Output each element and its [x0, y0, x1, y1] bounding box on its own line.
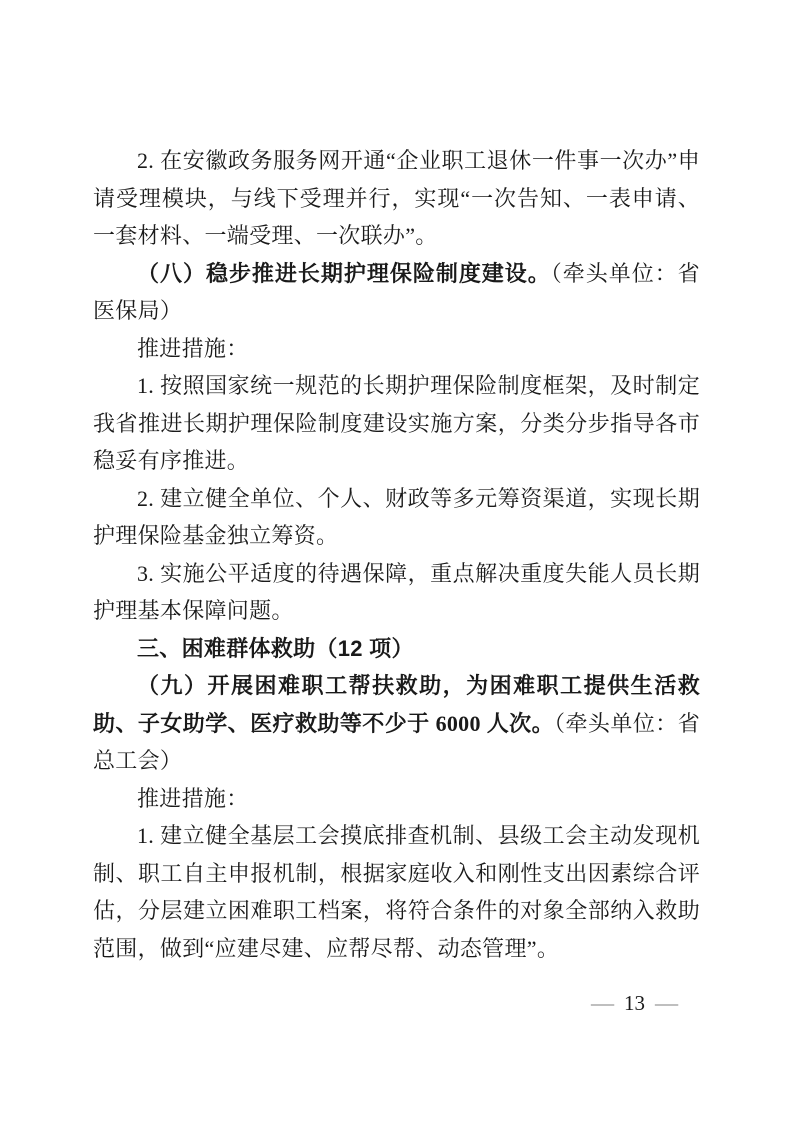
- page-number-dash-right: —: [655, 990, 678, 1016]
- document-body: 2. 在安徽政务服务网开通“企业职工退休一件事一次办”申请受理模块，与线下受理并…: [93, 142, 700, 967]
- paragraph: 1. 建立健全基层工会摸底排查机制、县级工会主动发现机制、职工自主申报机制，根据…: [93, 817, 700, 967]
- text-run: 三、困难群体救助（12 项）: [137, 636, 414, 661]
- text-run: 2. 在安徽政务服务网开通“企业职工退休一件事一次办”申请受理模块，与线下受理并…: [93, 148, 700, 248]
- paragraph: 2. 建立健全单位、个人、财政等多元筹资渠道，实现长期护理保险基金独立筹资。: [93, 480, 700, 555]
- paragraph: 1. 按照国家统一规范的长期护理保险制度框架，及时制定我省推进长期护理保险制度建…: [93, 367, 700, 480]
- text-run: 推进措施：: [137, 786, 249, 811]
- page-number: — 13 —: [592, 990, 677, 1016]
- text-run: 3. 实施公平适度的待遇保障，重点解决重度失能人员长期护理基本保障问题。: [93, 561, 700, 624]
- page-number-value: 13: [624, 990, 645, 1016]
- text-run: 2. 建立健全单位、个人、财政等多元筹资渠道，实现长期护理保险基金独立筹资。: [93, 486, 700, 549]
- document-page: 2. 在安徽政务服务网开通“企业职工退休一件事一次办”申请受理模块，与线下受理并…: [0, 0, 793, 1122]
- text-run: （八）稳步推进长期护理保险制度建设。: [137, 261, 551, 286]
- text-run: 1. 按照国家统一规范的长期护理保险制度框架，及时制定我省推进长期护理保险制度建…: [93, 373, 700, 473]
- paragraph: 推进措施：: [93, 330, 700, 368]
- text-run: 推进措施：: [137, 336, 249, 361]
- paragraph: 推进措施：: [93, 780, 700, 818]
- paragraph: 2. 在安徽政务服务网开通“企业职工退休一件事一次办”申请受理模块，与线下受理并…: [93, 142, 700, 255]
- page-number-dash-left: —: [591, 990, 614, 1016]
- paragraph: （九）开展困难职工帮扶救助，为困难职工提供生活救助、子女助学、医疗救助等不少于 …: [93, 667, 700, 780]
- paragraph: （八）稳步推进长期护理保险制度建设。（牵头单位：省医保局）: [93, 255, 700, 330]
- paragraph: 3. 实施公平适度的待遇保障，重点解决重度失能人员长期护理基本保障问题。: [93, 555, 700, 630]
- text-run: 1. 建立健全基层工会摸底排查机制、县级工会主动发现机制、职工自主申报机制，根据…: [93, 823, 700, 961]
- section-heading: 三、困难群体救助（12 项）: [93, 630, 700, 668]
